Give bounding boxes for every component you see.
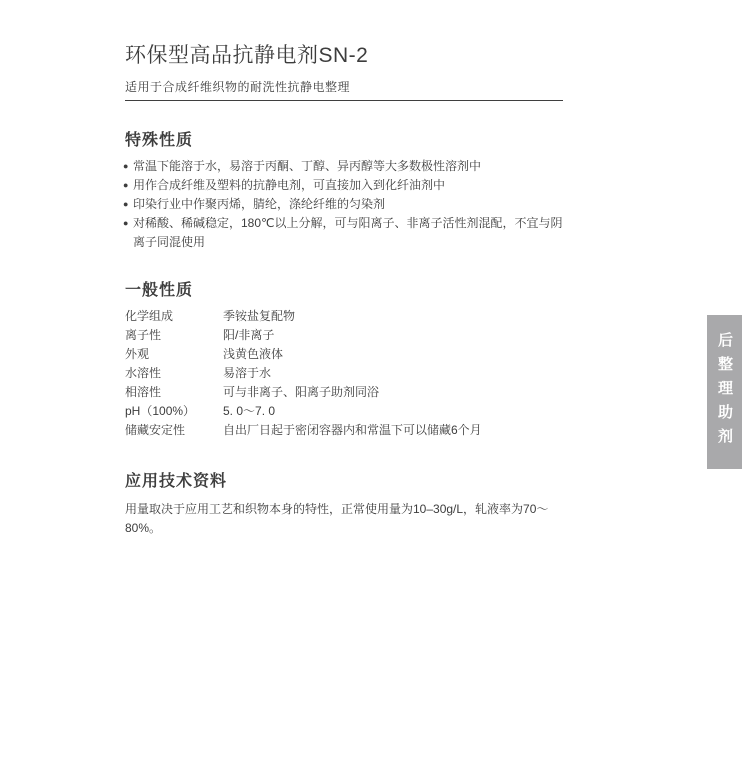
list-item: ● 印染行业中作聚丙烯，腈纶，涤纶纤维的匀染剂 <box>125 195 563 214</box>
property-label: 相溶性 <box>125 383 223 402</box>
bullet-icon: ● <box>123 176 128 195</box>
property-label: 离子性 <box>125 326 223 345</box>
properties-table: 化学组成 季铵盐复配物 离子性 阳/非离子 外观 浅黄色液体 水溶性 易溶于水 … <box>125 307 563 440</box>
property-value: 易溶于水 <box>223 364 563 383</box>
special-properties-list: ● 常温下能溶于水，易溶于丙酮、丁醇、异丙醇等大多数极性溶剂中 ● 用作合成纤维… <box>125 157 563 252</box>
property-value: 季铵盐复配物 <box>223 307 563 326</box>
datasheet-page: 环保型高品抗静电剂SN-2 适用于合成纤维织物的耐洗性抗静电整理 特殊性质 ● … <box>125 0 563 538</box>
list-item-text: 印染行业中作聚丙烯，腈纶，涤纶纤维的匀染剂 <box>133 197 385 211</box>
page-subtitle: 适用于合成纤维织物的耐洗性抗静电整理 <box>125 79 563 95</box>
category-side-tab: 后整理助剂 <box>707 315 742 469</box>
property-label: 水溶性 <box>125 364 223 383</box>
table-row: 储藏安定性 自出厂日起于密闭容器内和常温下可以储藏6个月 <box>125 421 563 440</box>
property-label: pH（100%） <box>125 402 223 421</box>
list-item: ● 常温下能溶于水，易溶于丙酮、丁醇、异丙醇等大多数极性溶剂中 <box>125 157 563 176</box>
property-value: 自出厂日起于密闭容器内和常温下可以储藏6个月 <box>223 421 563 440</box>
table-row: 外观 浅黄色液体 <box>125 345 563 364</box>
section-general-properties: 一般性质 化学组成 季铵盐复配物 离子性 阳/非离子 外观 浅黄色液体 水溶性 … <box>125 280 563 440</box>
section-heading-general: 一般性质 <box>125 280 563 302</box>
section-heading-special: 特殊性质 <box>125 130 563 152</box>
bullet-icon: ● <box>123 214 128 233</box>
list-item-text: 用作合成纤维及塑料的抗静电剂，可直接加入到化纤油剂中 <box>133 178 445 192</box>
section-application: 应用技术资料 用量取决于应用工艺和织物本身的特性，正常使用量为10–30g/L，… <box>125 471 563 538</box>
property-label: 化学组成 <box>125 307 223 326</box>
table-row: 水溶性 易溶于水 <box>125 364 563 383</box>
table-row: 相溶性 可与非离子、阳离子助剂同浴 <box>125 383 563 402</box>
bullet-icon: ● <box>123 195 128 214</box>
property-value: 5. 0～7. 0 <box>223 402 563 421</box>
title-divider <box>125 100 563 101</box>
table-row: 化学组成 季铵盐复配物 <box>125 307 563 326</box>
section-heading-application: 应用技术资料 <box>125 471 563 493</box>
property-value: 阳/非离子 <box>223 326 563 345</box>
list-item-text: 对稀酸、稀碱稳定，180℃以上分解，可与阳离子、非离子活性剂混配，不宜与阴离子同… <box>133 216 563 249</box>
application-text: 用量取决于应用工艺和织物本身的特性，正常使用量为10–30g/L，轧液率为70～… <box>125 500 563 538</box>
property-label: 外观 <box>125 345 223 364</box>
list-item: ● 对稀酸、稀碱稳定，180℃以上分解，可与阳离子、非离子活性剂混配，不宜与阴离… <box>125 214 563 252</box>
page-title: 环保型高品抗静电剂SN-2 <box>125 42 563 70</box>
list-item: ● 用作合成纤维及塑料的抗静电剂，可直接加入到化纤油剂中 <box>125 176 563 195</box>
table-row: 离子性 阳/非离子 <box>125 326 563 345</box>
list-item-text: 常温下能溶于水，易溶于丙酮、丁醇、异丙醇等大多数极性溶剂中 <box>133 159 481 173</box>
property-label: 储藏安定性 <box>125 421 223 440</box>
section-special-properties: 特殊性质 ● 常温下能溶于水，易溶于丙酮、丁醇、异丙醇等大多数极性溶剂中 ● 用… <box>125 130 563 252</box>
table-row: pH（100%） 5. 0～7. 0 <box>125 402 563 421</box>
property-value: 可与非离子、阳离子助剂同浴 <box>223 383 563 402</box>
property-value: 浅黄色液体 <box>223 345 563 364</box>
bullet-icon: ● <box>123 157 128 176</box>
